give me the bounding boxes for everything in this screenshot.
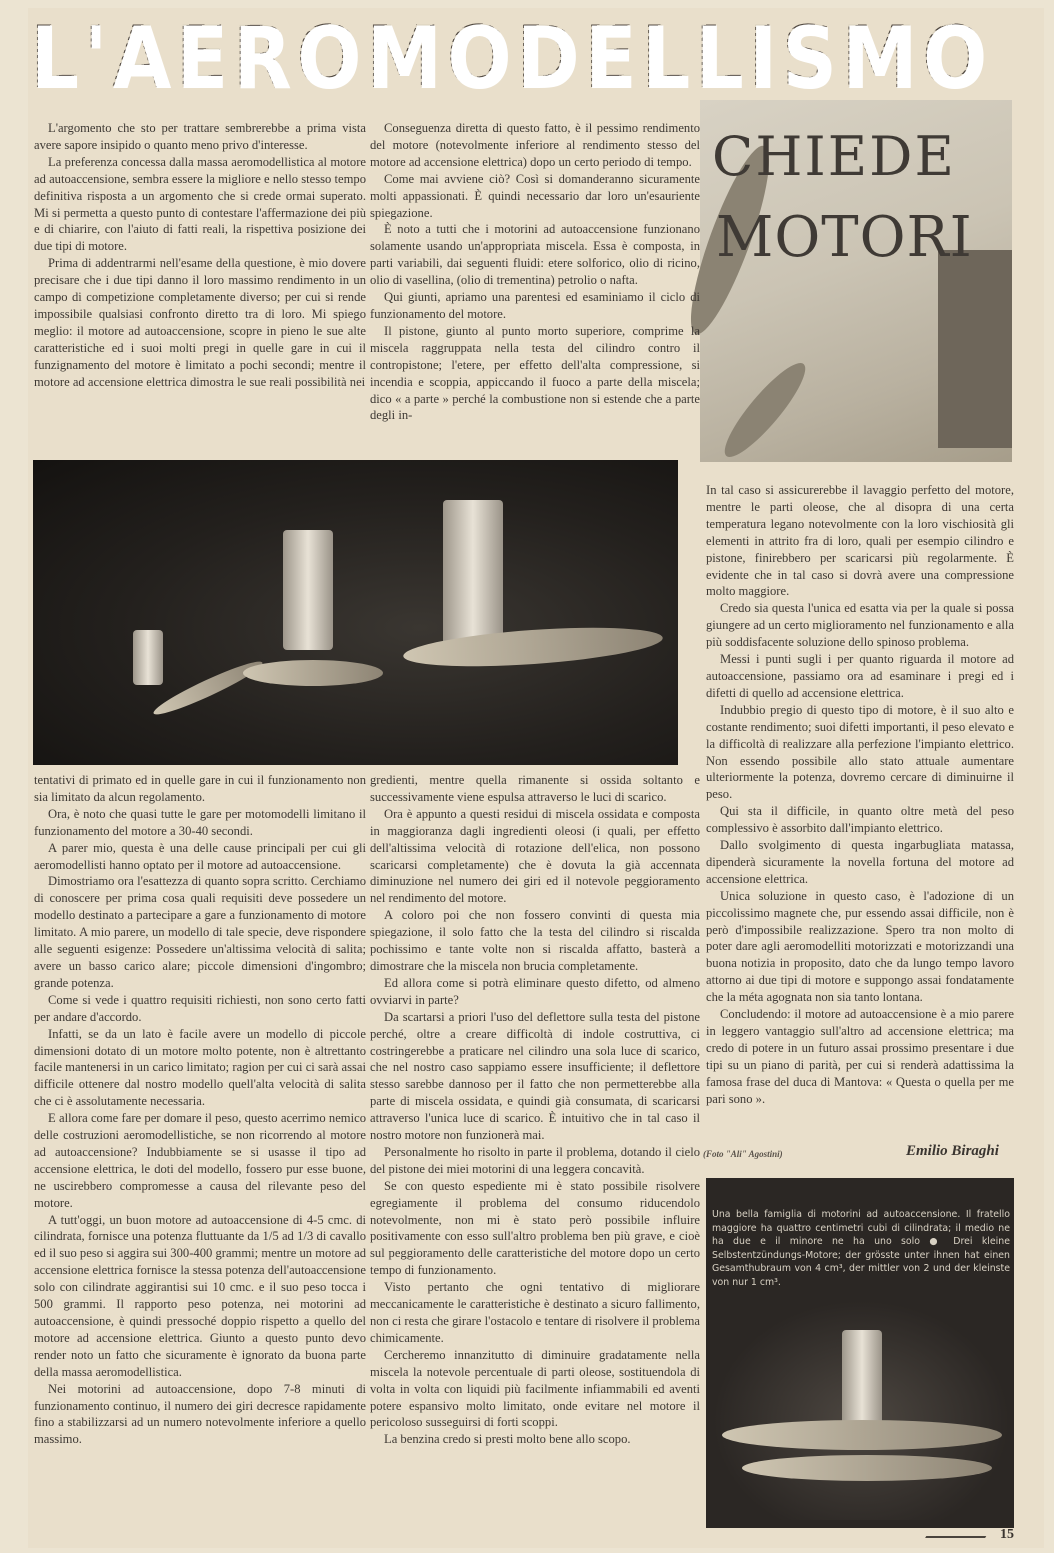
propeller-shape (722, 1420, 1002, 1450)
paragraph: Unica soluzione in questo caso, è l'adoz… (706, 888, 1014, 1006)
paragraph: Indubbio pregio di questo tipo di motore… (706, 702, 1014, 803)
paragraph: E allora come fare per domare il peso, q… (34, 1110, 366, 1211)
paragraph: La preferenza concessa dalla massa aerom… (34, 154, 366, 255)
small-engine-shape (133, 630, 163, 685)
paragraph: Concludendo: il motore ad autoaccensione… (706, 1006, 1014, 1107)
photo-credit: (Foto "Ali" Agostini) (703, 1149, 783, 1159)
dark-block-shape (938, 250, 1012, 448)
masthead-title: L'AEROMODELLISMO (30, 14, 1010, 102)
photo-caption: Una bella famiglia di motorini ad autoac… (712, 1208, 1010, 1290)
paragraph: Visto pertanto che ogni tentativo di mig… (370, 1279, 700, 1347)
paragraph: A parer mio, questa è una delle cause pr… (34, 840, 366, 874)
column1-bottom: tentativi di primato ed in quelle gare i… (34, 772, 366, 1448)
paragraph: tentativi di primato ed in quelle gare i… (34, 772, 366, 806)
paragraph: Ora, è noto che quasi tutte le gare per … (34, 806, 366, 840)
paragraph: Qui sta il difficile, in quanto oltre me… (706, 803, 1014, 837)
paragraph: Come si vede i quattro requisiti richies… (34, 992, 366, 1026)
propeller-blade-shape (715, 354, 815, 465)
paragraph: Se con questo espediente mi è stato poss… (370, 1178, 700, 1279)
author-signature: Emilio Biraghi (906, 1143, 999, 1160)
paragraph: Messi i punti sugli i per quanto riguard… (706, 651, 1014, 702)
headline-line1: CHIEDE (712, 128, 956, 186)
paragraph: Infatti, se da un lato è facile avere un… (34, 1026, 366, 1111)
paragraph: Il pistone, giunto al punto morto superi… (370, 323, 700, 424)
large-engine-shape (443, 500, 503, 650)
paragraph: Come mai avviene ciò? Così si domanderan… (370, 171, 700, 222)
column2-top: Conseguenza diretta di questo fatto, è i… (370, 120, 700, 424)
paragraph: Ed allora come si potrà eliminare questo… (370, 975, 700, 1009)
paragraph: Personalmente ho risolto in parte il pro… (370, 1144, 700, 1178)
propeller-shape (243, 660, 383, 686)
paragraph: Credo sia questa l'unica ed esatta via p… (706, 600, 1014, 651)
paragraph: Prima di addentrarmi nell'esame della qu… (34, 255, 366, 390)
engines-photo (33, 460, 678, 765)
paragraph: gredienti, mentre quella rimanente si os… (370, 772, 700, 806)
paragraph: A coloro poi che non fossero convinti di… (370, 907, 700, 975)
paragraph: L'argomento che sto per trattare sembrer… (34, 120, 366, 154)
magazine-logo-mark (925, 1528, 991, 1538)
propeller-shape (150, 655, 266, 720)
paragraph: È noto a tutti che i motorini ad autoacc… (370, 221, 700, 289)
paragraph: Dimostriamo ora l'esattezza di quanto so… (34, 873, 366, 991)
paragraph: In tal caso si assicurerebbe il lavaggio… (706, 482, 1014, 600)
propeller-shape (742, 1455, 992, 1481)
engine-family-photo (712, 1300, 1010, 1520)
page-number: 15 (1000, 1527, 1014, 1543)
masthead-text: L'AEROMODELLISMO (30, 14, 992, 102)
paragraph: Cercheremo innanzitutto di diminuire gra… (370, 1347, 700, 1432)
column2-bottom: gredienti, mentre quella rimanente si os… (370, 772, 700, 1448)
paragraph: Nei motorini ad autoaccensione, dopo 7-8… (34, 1381, 366, 1449)
paragraph: Da scartarsi a priori l'uso del defletto… (370, 1009, 700, 1144)
medium-engine-shape (283, 530, 333, 650)
paragraph: A tutt'oggi, un buon motore ad autoaccen… (34, 1212, 366, 1381)
paragraph: Conseguenza diretta di questo fatto, è i… (370, 120, 700, 171)
paragraph: Dallo svolgimento di questa ingarbugliat… (706, 837, 1014, 888)
column3: In tal caso si assicurerebbe il lavaggio… (706, 482, 1014, 1108)
propeller-shape (402, 621, 664, 673)
paragraph: Qui giunti, apriamo una parentesi ed esa… (370, 289, 700, 323)
paragraph: La benzina credo si presti molto bene al… (370, 1431, 700, 1448)
headline-line2: MOTORI (716, 208, 973, 268)
column1-top: L'argomento che sto per trattare sembrer… (34, 120, 366, 391)
paragraph: Ora è appunto a questi residui di miscel… (370, 806, 700, 907)
